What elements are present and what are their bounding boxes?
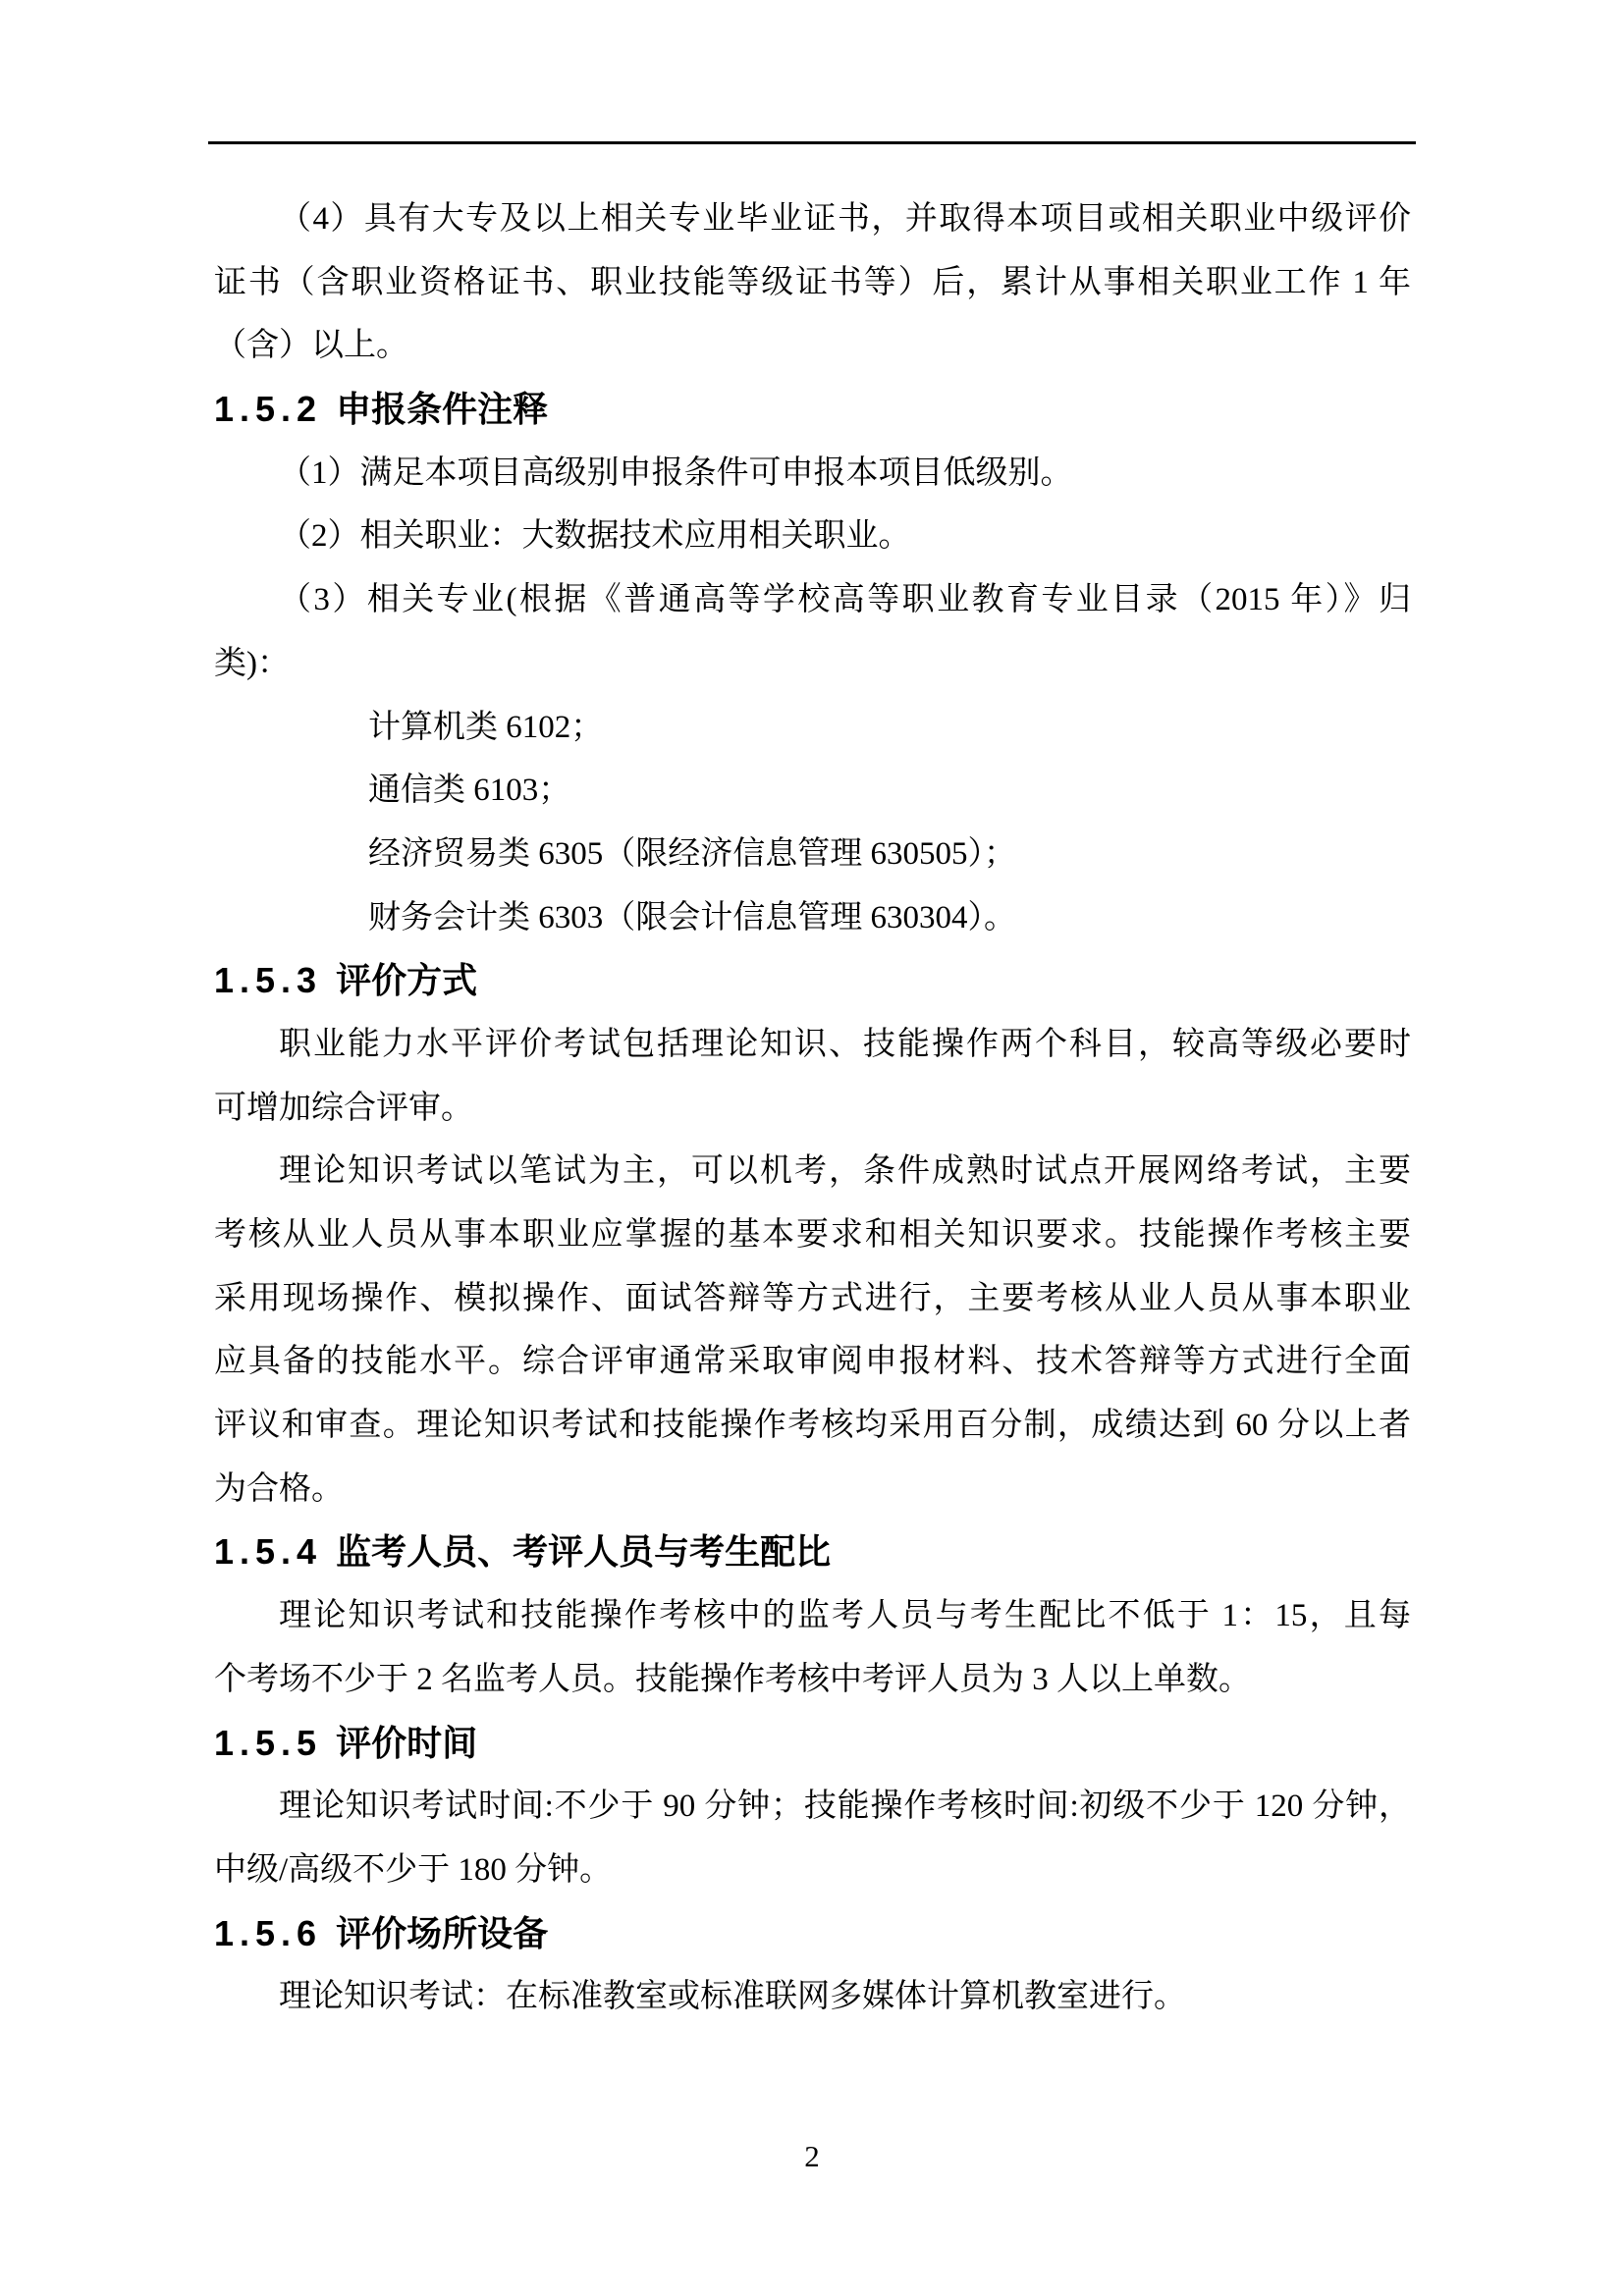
text-line: 个考场不少于 2 名监考人员。技能操作考核中考评人员为 3 人以上单数。 [214, 1648, 1411, 1712]
section-number: 1.5.6 [214, 1913, 322, 1953]
text-line: 计算机类 6102； [214, 696, 1411, 760]
section-title: 申报条件注释 [336, 389, 548, 429]
section-title: 评价方式 [336, 960, 477, 1000]
section-title: 评价时间 [336, 1723, 477, 1763]
text-line: 理论知识考试：在标准教室或标准联网多媒体计算机教室进行。 [214, 1965, 1411, 2029]
document-page: （4）具有大专及以上相关专业毕业证书，并取得本项目或相关职业中级评价证书（含职业… [0, 0, 1624, 2296]
header-rule [208, 141, 1416, 144]
text-line: （1）满足本项目高级别申报条件可申报本项目低级别。 [214, 442, 1411, 506]
text-line: （3）相关专业(根据《普通高等学校高等职业教育专业目录（2015 年）》归 [214, 568, 1411, 632]
text-line: 财务会计类 6303（限会计信息管理 630304）。 [214, 886, 1411, 950]
text-line: 类)： [214, 632, 1411, 696]
text-line: 中级/高级不少于 180 分钟。 [214, 1839, 1411, 1902]
section-title: 评价场所设备 [336, 1913, 548, 1953]
text-line: 采用现场操作、模拟操作、面试答辩等方式进行，主要考核从业人员从事本职业 [214, 1267, 1411, 1331]
document-body: （4）具有大专及以上相关专业毕业证书，并取得本项目或相关职业中级评价证书（含职业… [214, 187, 1411, 2029]
section-title: 监考人员、考评人员与考生配比 [336, 1531, 831, 1572]
section-heading: 1.5.4监考人员、考评人员与考生配比 [214, 1521, 1411, 1584]
text-line: 应具备的技能水平。综合评审通常采取审阅申报材料、技术答辩等方式进行全面 [214, 1330, 1411, 1394]
text-line: 理论知识考试以笔试为主，可以机考，条件成熟时试点开展网络考试，主要 [214, 1140, 1411, 1203]
section-heading: 1.5.3评价方式 [214, 949, 1411, 1013]
section-heading: 1.5.5评价时间 [214, 1712, 1411, 1776]
text-line: （2）相关职业：大数据技术应用相关职业。 [214, 505, 1411, 568]
section-heading: 1.5.6评价场所设备 [214, 1902, 1411, 1966]
text-line: 通信类 6103； [214, 759, 1411, 823]
text-line: 理论知识考试时间:不少于 90 分钟；技能操作考核时间:初级不少于 120 分钟… [214, 1775, 1411, 1839]
section-number: 1.5.5 [214, 1723, 322, 1763]
text-line: 理论知识考试和技能操作考核中的监考人员与考生配比不低于 1：15，且每 [214, 1584, 1411, 1648]
page-number: 2 [0, 2138, 1624, 2175]
text-line: 考核从业人员从事本职业应掌握的基本要求和相关知识要求。技能操作考核主要 [214, 1203, 1411, 1267]
text-line: 证书（含职业资格证书、职业技能等级证书等）后，累计从事相关职业工作 1 年 [214, 251, 1411, 315]
text-line: （含）以上。 [214, 314, 1411, 378]
text-line: 可增加综合评审。 [214, 1077, 1411, 1141]
text-line: 评议和审查。理论知识考试和技能操作考核均采用百分制，成绩达到 60 分以上者 [214, 1394, 1411, 1458]
section-heading: 1.5.2申报条件注释 [214, 378, 1411, 442]
text-line: 经济贸易类 6305（限经济信息管理 630505）； [214, 823, 1411, 886]
text-line: 为合格。 [214, 1458, 1411, 1522]
text-line: （4）具有大专及以上相关专业毕业证书，并取得本项目或相关职业中级评价 [214, 187, 1411, 251]
section-number: 1.5.4 [214, 1531, 322, 1572]
text-line: 职业能力水平评价考试包括理论知识、技能操作两个科目，较高等级必要时 [214, 1013, 1411, 1077]
section-number: 1.5.2 [214, 389, 322, 429]
section-number: 1.5.3 [214, 960, 322, 1000]
